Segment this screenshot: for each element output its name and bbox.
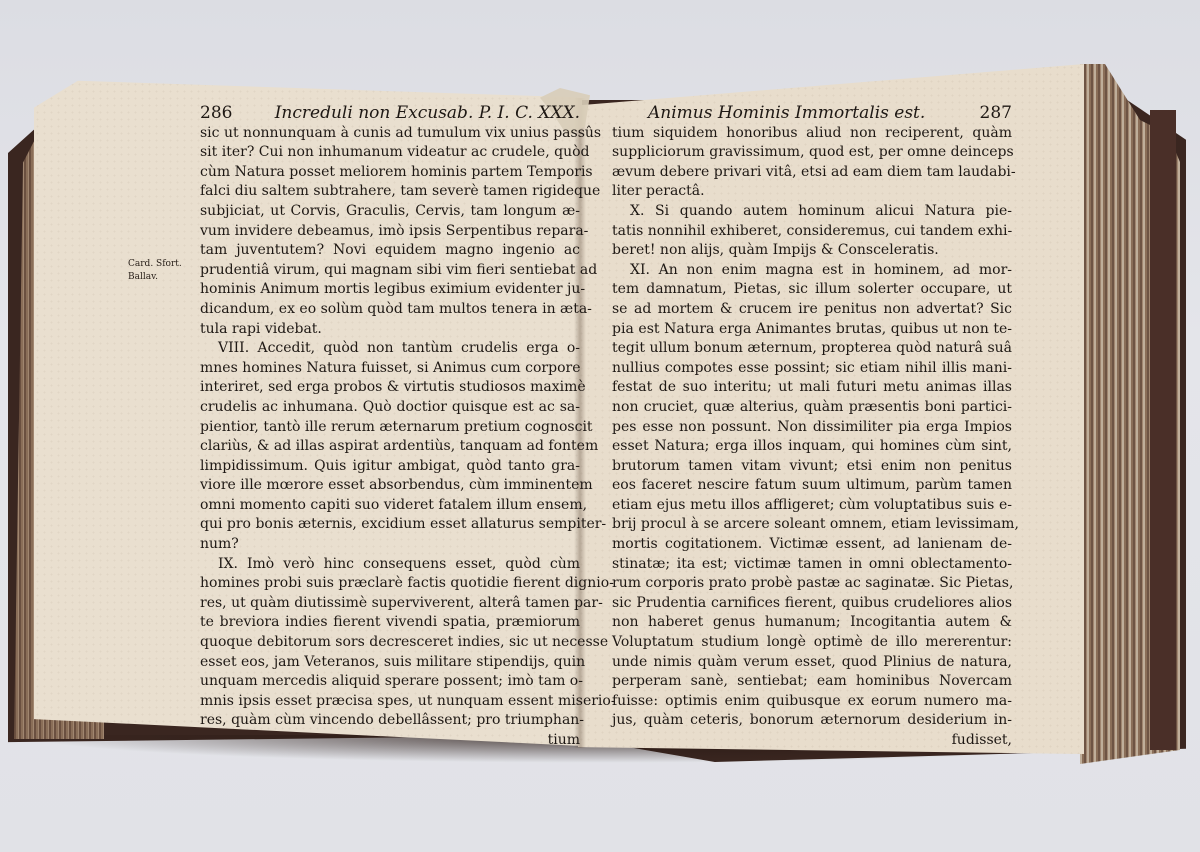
text-line: tium bbox=[200, 731, 580, 751]
text-line: sit iter? Cui non inhumanum videatur ac … bbox=[200, 143, 580, 163]
text-line: nullius compotes esse possint; sic etiam… bbox=[612, 359, 1012, 379]
text-line: etiam ejus metu illos affligeret; cùm vo… bbox=[612, 496, 1012, 516]
right-running-head: Animus Hominis Immortalis est. 287 bbox=[612, 104, 1012, 124]
text-line: non cruciet, quæ alterius, quàm præsenti… bbox=[612, 398, 1012, 418]
text-line: prudentiâ virum, qui magnam sibi vim fie… bbox=[200, 261, 580, 281]
text-line: subjiciat, ut Corvis, Graculis, Cervis, … bbox=[200, 202, 580, 222]
left-body: sic ut nonnunquam à cunis ad tumulum vix… bbox=[200, 124, 580, 751]
text-line: sic ut nonnunquam à cunis ad tumulum vix… bbox=[200, 124, 580, 144]
text-line: falci diu saltem subtrahere, tam severè … bbox=[200, 182, 580, 202]
text-line: clariùs, & ad illas aspirat ardentiùs, t… bbox=[200, 437, 580, 457]
text-line: VIII. Accedit, quòd non tantùm crudelis … bbox=[200, 339, 580, 359]
text-line: se ad mortem & crucem ire penitus non ad… bbox=[612, 300, 1012, 320]
text-line: cùm Natura posset meliorem hominis parte… bbox=[200, 163, 580, 183]
text-line: esset Natura; erga illos inquam, qui hom… bbox=[612, 437, 1012, 457]
text-line: non haberet genus humanum; Incogitantia … bbox=[612, 613, 1012, 633]
text-line: pia est Natura erga Animantes brutas, qu… bbox=[612, 320, 1012, 340]
text-line: sic Prudentia carnifices fierent, quibus… bbox=[612, 594, 1012, 614]
text-line: qui pro bonis æternis, excidium esset al… bbox=[200, 515, 580, 535]
text-line: brij procul à se arcere soleant omnem, e… bbox=[612, 515, 1012, 535]
text-line: dicandum, ex eo solùm quòd tam multos te… bbox=[200, 300, 580, 320]
text-line: mortis cogitationem. Victimæ essent, ad … bbox=[612, 535, 1012, 555]
text-line: rum corporis prato probè pastæ ac sagina… bbox=[612, 574, 1012, 594]
text-line: crudelis ac inhumana. Quò doctior quisqu… bbox=[200, 398, 580, 418]
text-line: pes esse non possunt. Non dissimiliter p… bbox=[612, 418, 1012, 438]
text-line: fudisset, bbox=[612, 731, 1012, 751]
text-line: Voluptatum studium longè optimè de illo … bbox=[612, 633, 1012, 653]
right-body: tium siquidem honoribus aliud non recipe… bbox=[612, 124, 1012, 751]
margin-note: Card. Sfort. Ballav. bbox=[128, 258, 182, 284]
text-line: te breviora indies fierent vivendi spati… bbox=[200, 613, 580, 633]
text-line: interiret, sed erga probos & virtutis st… bbox=[200, 378, 580, 398]
text-line: stinatæ; ita est; victimæ tamen in omni … bbox=[612, 555, 1012, 575]
text-line: mnes homines Natura fuisset, si Animus c… bbox=[200, 359, 580, 379]
text-line: esset eos, jam Veteranos, suis militare … bbox=[200, 653, 580, 673]
text-line: liter peractâ. bbox=[612, 182, 1012, 202]
text-line: IX. Imò verò hinc consequens esset, quòd… bbox=[200, 555, 580, 575]
right-page-text: Animus Hominis Immortalis est. 287 tium … bbox=[612, 104, 1012, 751]
text-line: tem damnatum, Pietas, sic illum solerter… bbox=[612, 280, 1012, 300]
page-number: 287 bbox=[980, 104, 1012, 124]
text-line: pientior, tantò ille rerum æternarum pre… bbox=[200, 418, 580, 438]
text-line: brutorum tamen vitam vivunt; etsi enim n… bbox=[612, 457, 1012, 477]
text-line: viore ille mœrore esset absorbendus, cùm… bbox=[200, 476, 580, 496]
running-head-title: Increduli non Excusab. P. I. C. XXX. bbox=[275, 104, 580, 124]
text-line: tatis nonnihil exhiberet, consideremus, … bbox=[612, 222, 1012, 242]
text-line: tula rapi videbat. bbox=[200, 320, 580, 340]
text-line: tam juventutem? Novi equidem magno ingen… bbox=[200, 241, 580, 261]
text-line: jus, quàm ceteris, bonorum æternorum des… bbox=[612, 711, 1012, 731]
book-binding bbox=[1150, 110, 1176, 750]
text-line: fuisse: optimis enim quibusque ex eorum … bbox=[612, 692, 1012, 712]
text-line: beret! non alijs, quàm Impijs & Conscele… bbox=[612, 241, 1012, 261]
text-line: res, ut quàm diutissimè superviverent, a… bbox=[200, 594, 580, 614]
text-line: ævum debere privari vitâ, etsi ad eam di… bbox=[612, 163, 1012, 183]
running-head-title: Animus Hominis Immortalis est. bbox=[612, 104, 925, 124]
page-number: 286 bbox=[200, 104, 232, 124]
photo-scene: Card. Sfort. Ballav. 286 Increduli non E… bbox=[0, 0, 1200, 852]
text-line: festat de suo interitu; ut mali futuri m… bbox=[612, 378, 1012, 398]
text-line: num? bbox=[200, 535, 580, 555]
text-line: XI. An non enim magna est in hominem, ad… bbox=[612, 261, 1012, 281]
text-line: vum invidere debeamus, imò ipsis Serpent… bbox=[200, 222, 580, 242]
text-line: quoque debitorum sors decresceret indies… bbox=[200, 633, 580, 653]
text-line: suppliciorum gravissimum, quod est, per … bbox=[612, 143, 1012, 163]
left-running-head: 286 Increduli non Excusab. P. I. C. XXX. bbox=[200, 104, 580, 124]
text-line: tegit ullum bonum æternum, propterea quò… bbox=[612, 339, 1012, 359]
text-line: unde nimis quàm verum esset, quod Pliniu… bbox=[612, 653, 1012, 673]
text-line: homines probi suis præclarè factis quoti… bbox=[200, 574, 580, 594]
text-line: tium siquidem honoribus aliud non recipe… bbox=[612, 124, 1012, 144]
text-line: X. Si quando autem hominum alicui Natura… bbox=[612, 202, 1012, 222]
text-line: unquam mercedis aliquid sperare possent;… bbox=[200, 672, 580, 692]
text-line: res, quàm cùm vincendo debellâssent; pro… bbox=[200, 711, 580, 731]
text-line: hominis Animum mortis legibus eximium ev… bbox=[200, 280, 580, 300]
text-line: eos faceret nescire fatum suum ultimum, … bbox=[612, 476, 1012, 496]
text-line: mnis ipsis esset præcisa spes, ut nunqua… bbox=[200, 692, 580, 712]
left-page-text: 286 Increduli non Excusab. P. I. C. XXX.… bbox=[200, 104, 580, 751]
text-line: omni momento capiti suo videret fatalem … bbox=[200, 496, 580, 516]
text-line: limpidissimum. Quis igitur ambigat, quòd… bbox=[200, 457, 580, 477]
text-line: perperam sanè, sentiebat; eam hominibus … bbox=[612, 672, 1012, 692]
